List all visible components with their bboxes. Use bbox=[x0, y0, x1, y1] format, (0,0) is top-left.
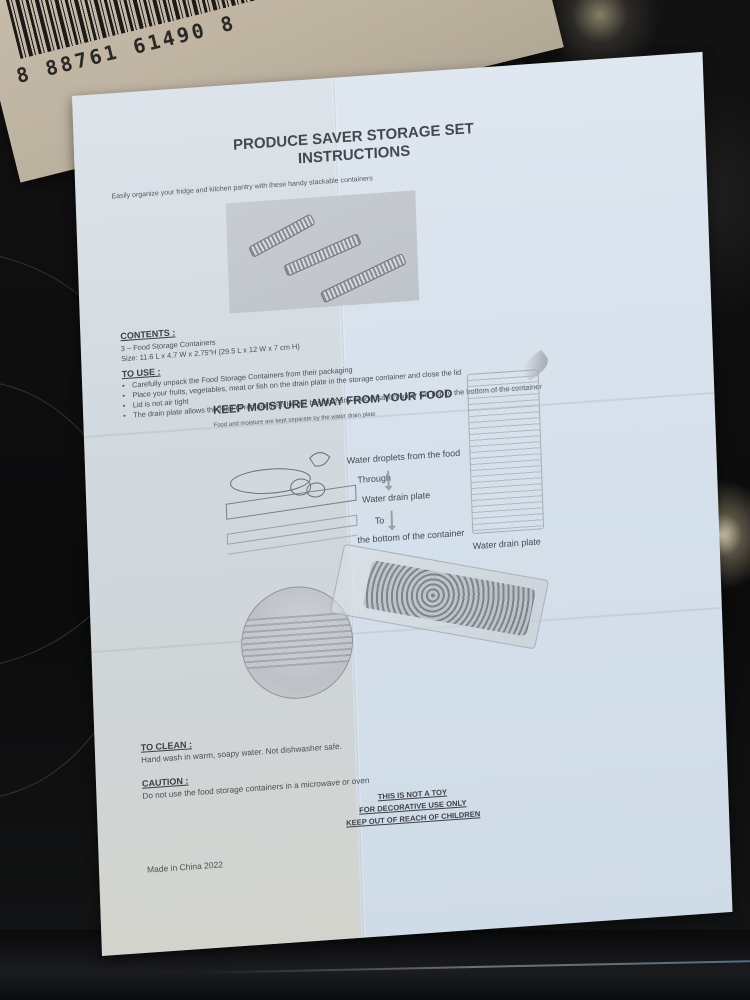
flow-step: Through bbox=[357, 473, 391, 485]
flow-step: the bottom of the container bbox=[357, 528, 464, 545]
tagline: Easily organize your fridge and kitchen … bbox=[111, 164, 530, 200]
container-with-lettuce-photo bbox=[330, 544, 550, 650]
container-illustration bbox=[283, 233, 362, 277]
to-clean-heading: TO CLEAN : bbox=[141, 739, 193, 753]
drain-plate-illustration bbox=[467, 369, 544, 534]
instruction-sheet: PRODUCE SAVER STORAGE SET INSTRUCTIONS E… bbox=[72, 52, 732, 956]
container-illustration bbox=[320, 253, 407, 303]
drain-plate-caption: Water drain plate bbox=[473, 536, 541, 551]
storage-containers-photo bbox=[226, 190, 419, 313]
arrow-down-icon bbox=[390, 511, 393, 527]
sheet-title: PRODUCE SAVER STORAGE SET INSTRUCTIONS bbox=[223, 119, 484, 173]
flow-step: Water drain plate bbox=[362, 490, 430, 505]
container-illustration bbox=[248, 213, 316, 258]
flow-step: To bbox=[375, 515, 385, 526]
made-in-label: Made in China 2022 bbox=[147, 859, 223, 874]
sheet-content: PRODUCE SAVER STORAGE SET INSTRUCTIONS E… bbox=[72, 52, 732, 956]
caution-heading: CAUTION : bbox=[142, 776, 189, 789]
contents-heading: CONTENTS : bbox=[120, 327, 175, 341]
to-use-heading: TO USE : bbox=[122, 367, 161, 380]
